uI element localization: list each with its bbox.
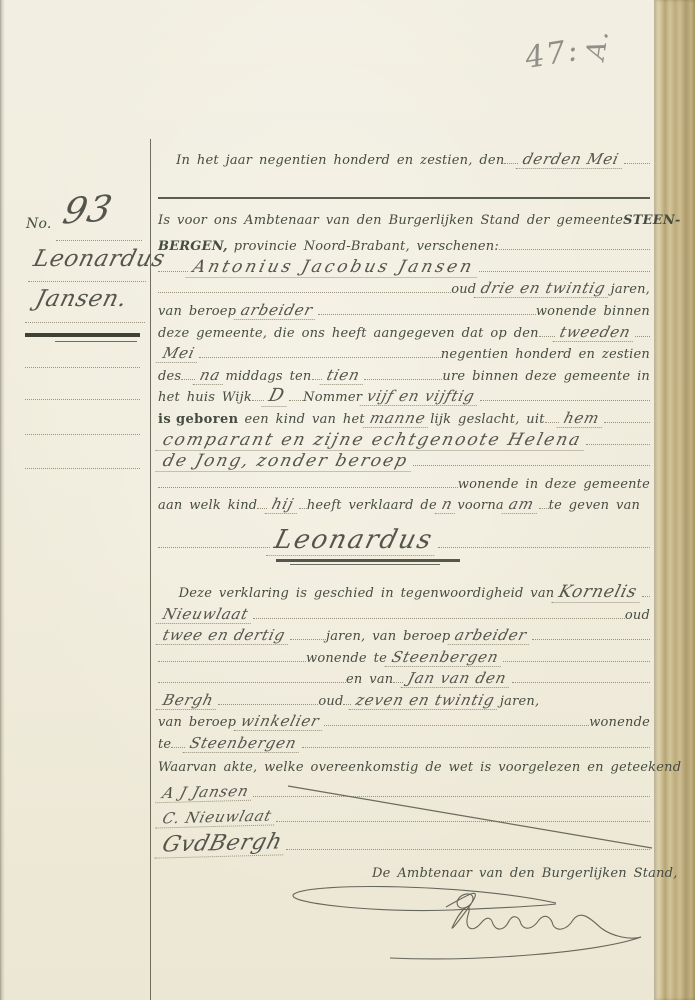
birth-certificate-page: 47: A. No. 93 Leonardus Jansen. In het j… [0,0,695,1000]
official-signature-flourish [0,0,695,1000]
